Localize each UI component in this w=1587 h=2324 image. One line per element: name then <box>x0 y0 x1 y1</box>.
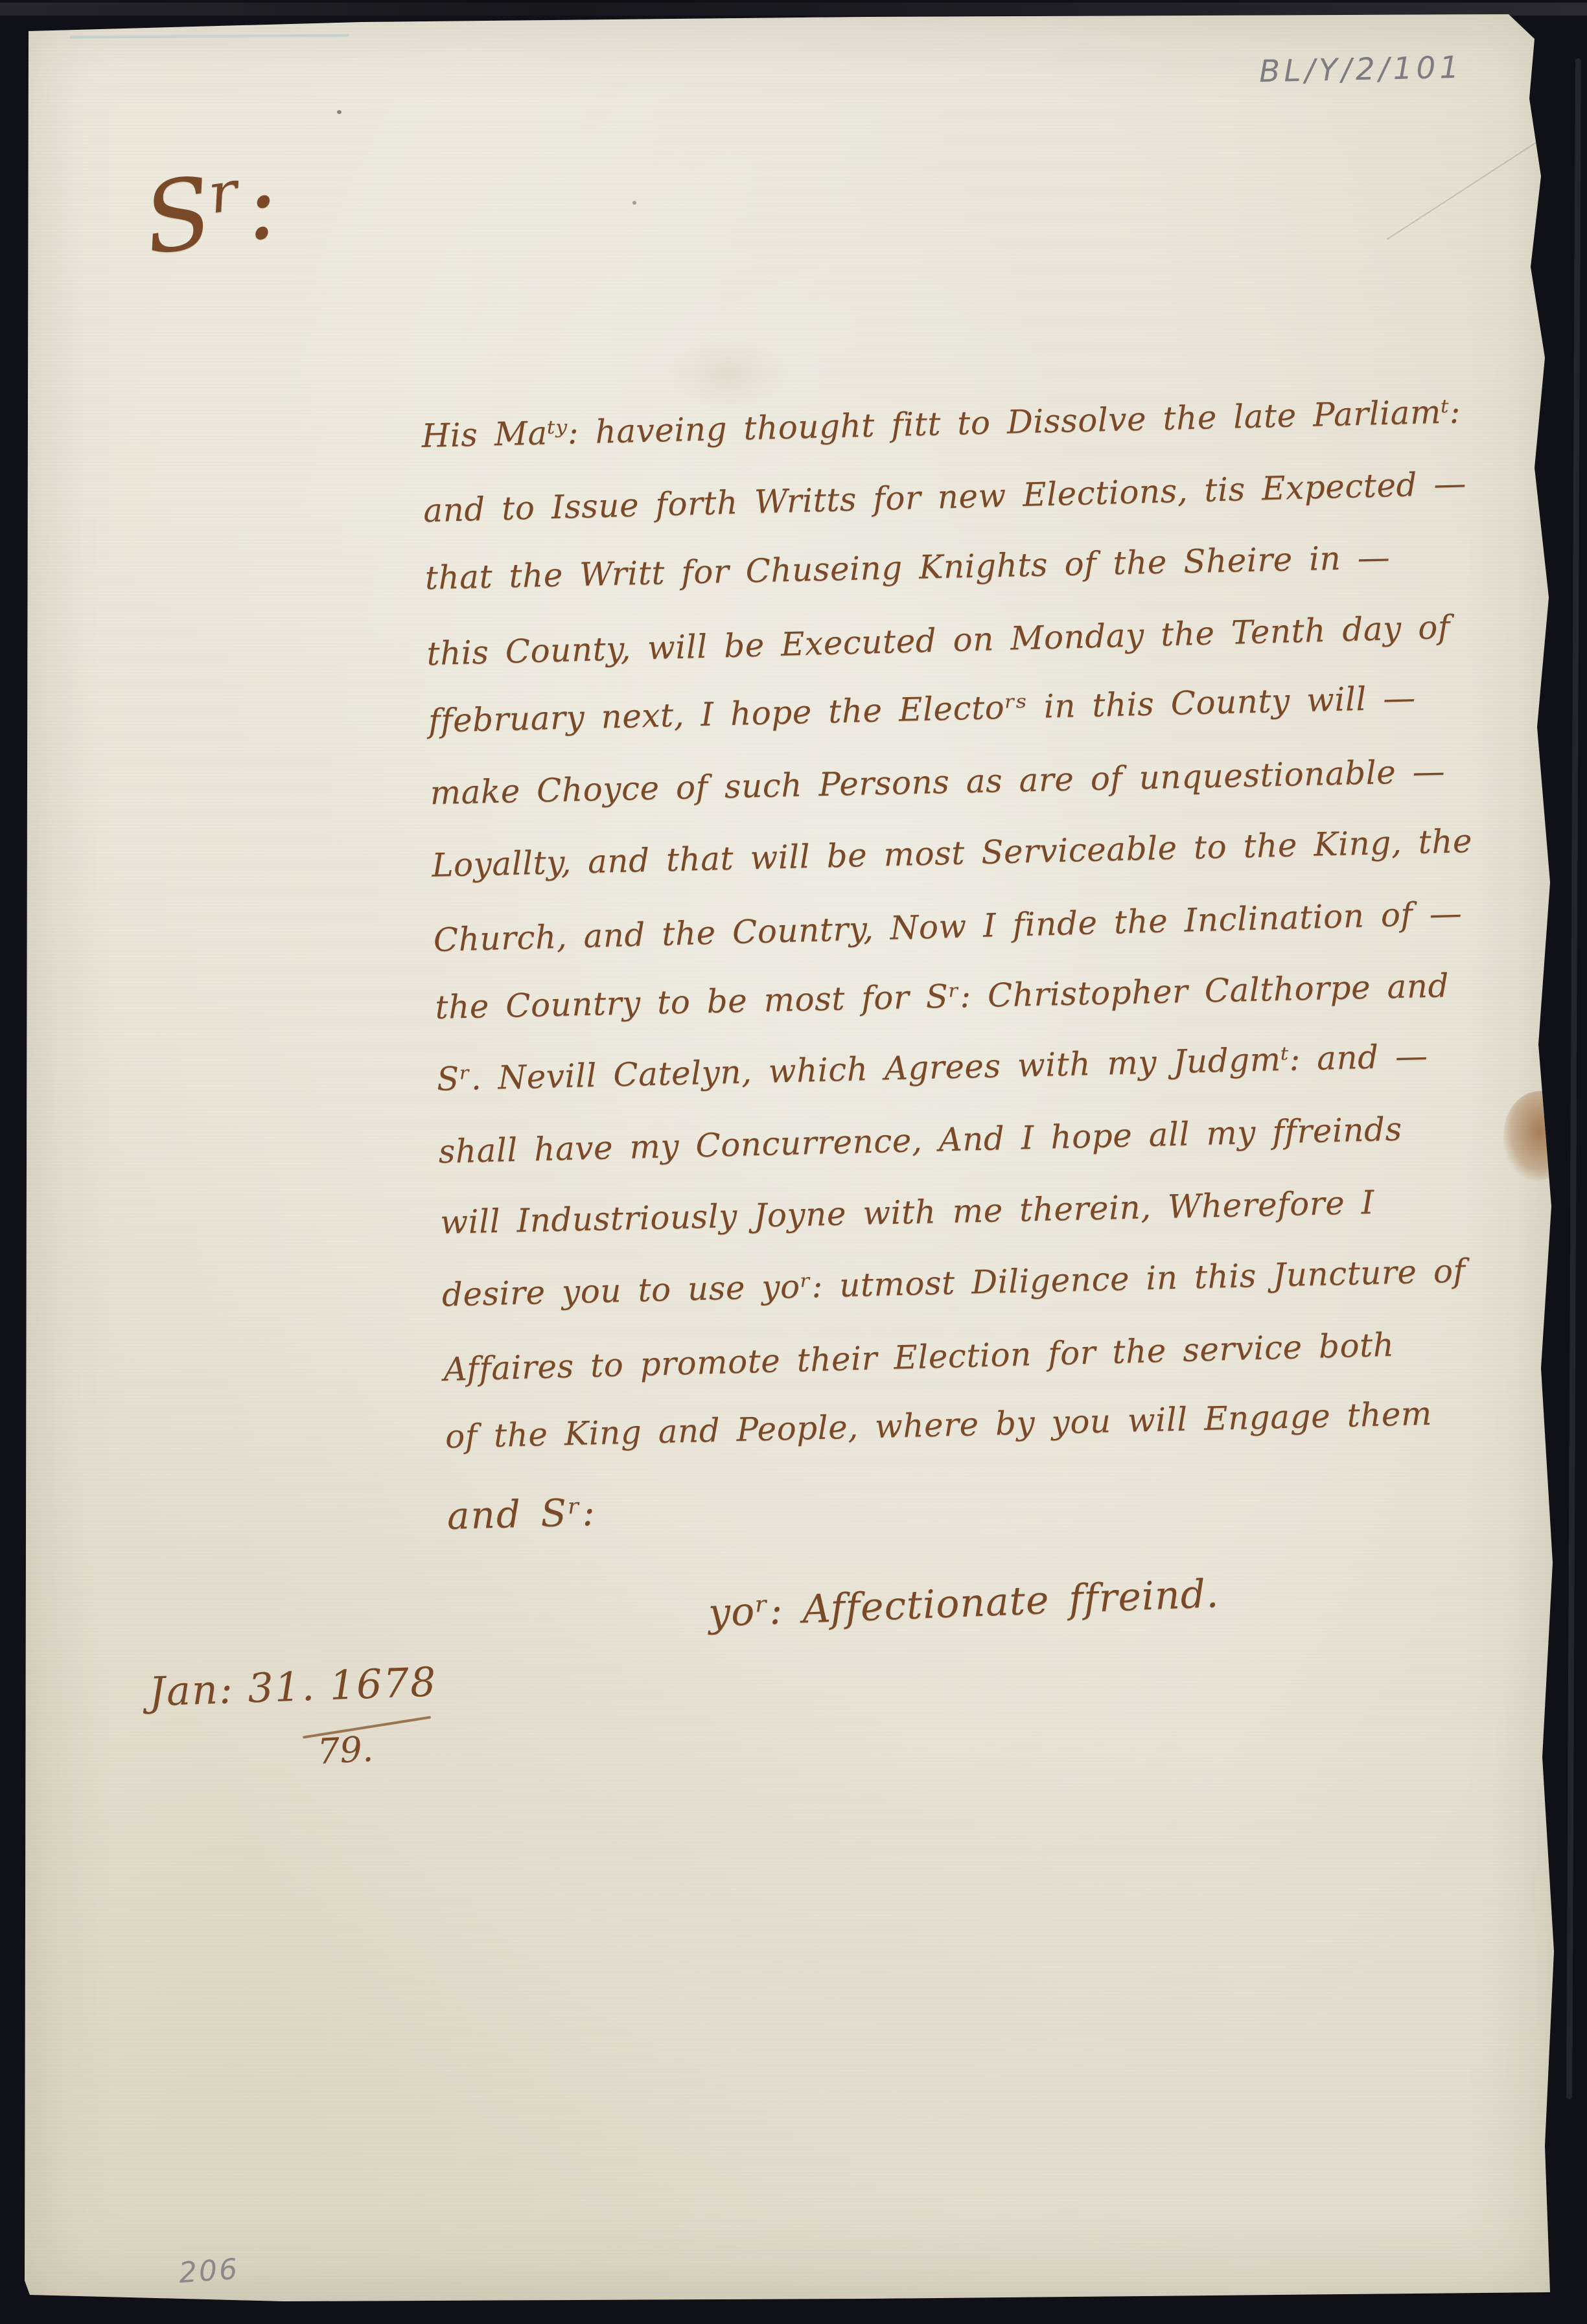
shelfmark-pencil: BL/Y/2/101 <box>1258 50 1463 90</box>
paper-smudge <box>666 338 789 409</box>
photograph-background: BL/Y/2/101 Sʳ: His Maᵗʸ: haveing thought… <box>0 0 1587 2324</box>
paper-crease <box>1387 140 1540 240</box>
letter-body: His Maᵗʸ: haveing thought fitt to Dissol… <box>421 391 1587 1563</box>
letter-page: BL/Y/2/101 Sʳ: His Maᵗʸ: haveing thought… <box>25 14 1554 2303</box>
dateline: Jan: 31. 1678 <box>148 1658 438 1715</box>
closing-signature-line: yoʳ: Affectionate ffreind. <box>708 1571 1220 1636</box>
underlying-page-edge <box>1566 58 1581 2099</box>
paper-stain <box>1503 1091 1576 1180</box>
paper-speck <box>337 110 342 114</box>
dateline-alt-year: 79. <box>316 1729 374 1772</box>
folio-number-pencil: 206 <box>178 2253 240 2290</box>
paper-speck <box>632 201 636 205</box>
salutation: Sʳ: <box>139 154 284 269</box>
mounting-board-edge <box>0 3 1587 16</box>
scan-edge-artifact <box>83 2312 1528 2314</box>
scan-edge-artifact <box>70 34 349 38</box>
